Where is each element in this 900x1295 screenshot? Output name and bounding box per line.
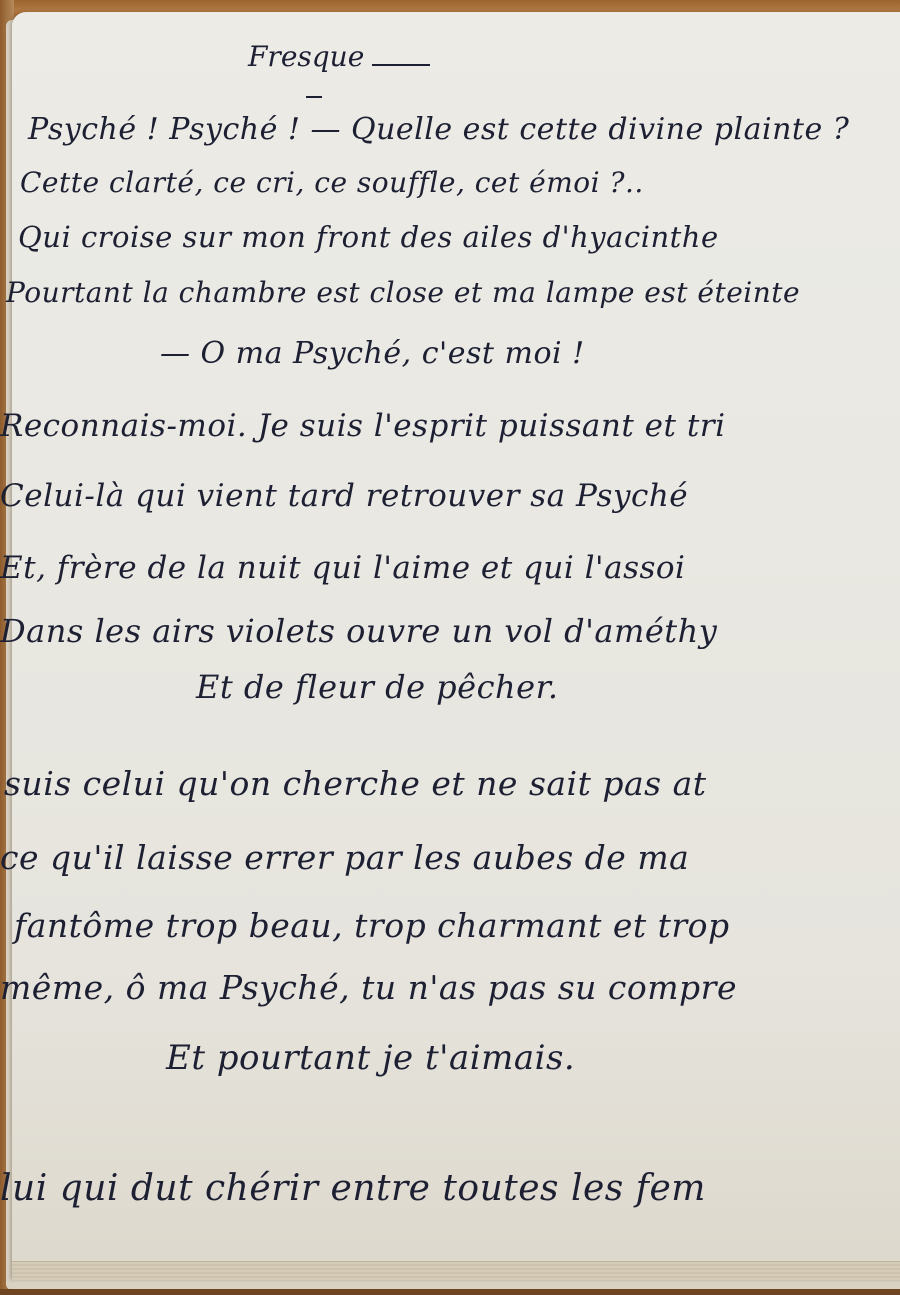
poem-line: Et de fleur de pêcher. xyxy=(196,668,559,706)
poem-line: Celui-là qui vient tard retrouver sa Psy… xyxy=(0,478,688,514)
poem-line: Dans les airs violets ouvre un vol d'amé… xyxy=(0,612,717,650)
poem-line: Et, frère de la nuit qui l'aime et qui l… xyxy=(0,550,685,586)
poem-line: Et pourtant je t'aimais. xyxy=(166,1038,575,1078)
wooden-surface-bottom xyxy=(0,1289,900,1295)
poem-line: même, ô ma Psyché, tu n'as pas su compre xyxy=(0,968,737,1007)
poem-line: Pourtant la chambre est close et ma lamp… xyxy=(6,276,800,309)
poem-line: Qui croise sur mon front des ailes d'hya… xyxy=(18,220,719,254)
poem-line: fantôme trop beau, trop charmant et trop xyxy=(14,906,730,945)
poem-line: Reconnais-moi. Je suis l'esprit puissant… xyxy=(0,408,726,444)
stacked-page-edges xyxy=(12,1261,900,1280)
poem-title: Fresque xyxy=(248,40,364,73)
poem-line: Cette clarté, ce cri, ce souffle, cet ém… xyxy=(20,166,644,199)
title-dash xyxy=(306,96,322,98)
poem-line: ce qu'il laisse errer par les aubes de m… xyxy=(0,838,689,877)
poem-line: suis celui qu'on cherche et ne sait pas … xyxy=(4,764,707,803)
title-underline xyxy=(372,64,430,66)
poem-line: — O ma Psyché, c'est moi ! xyxy=(160,336,585,371)
poem-line: Psyché ! Psyché ! — Quelle est cette div… xyxy=(28,112,849,147)
poem-line: lui qui dut chérir entre toutes les fem xyxy=(0,1168,706,1209)
